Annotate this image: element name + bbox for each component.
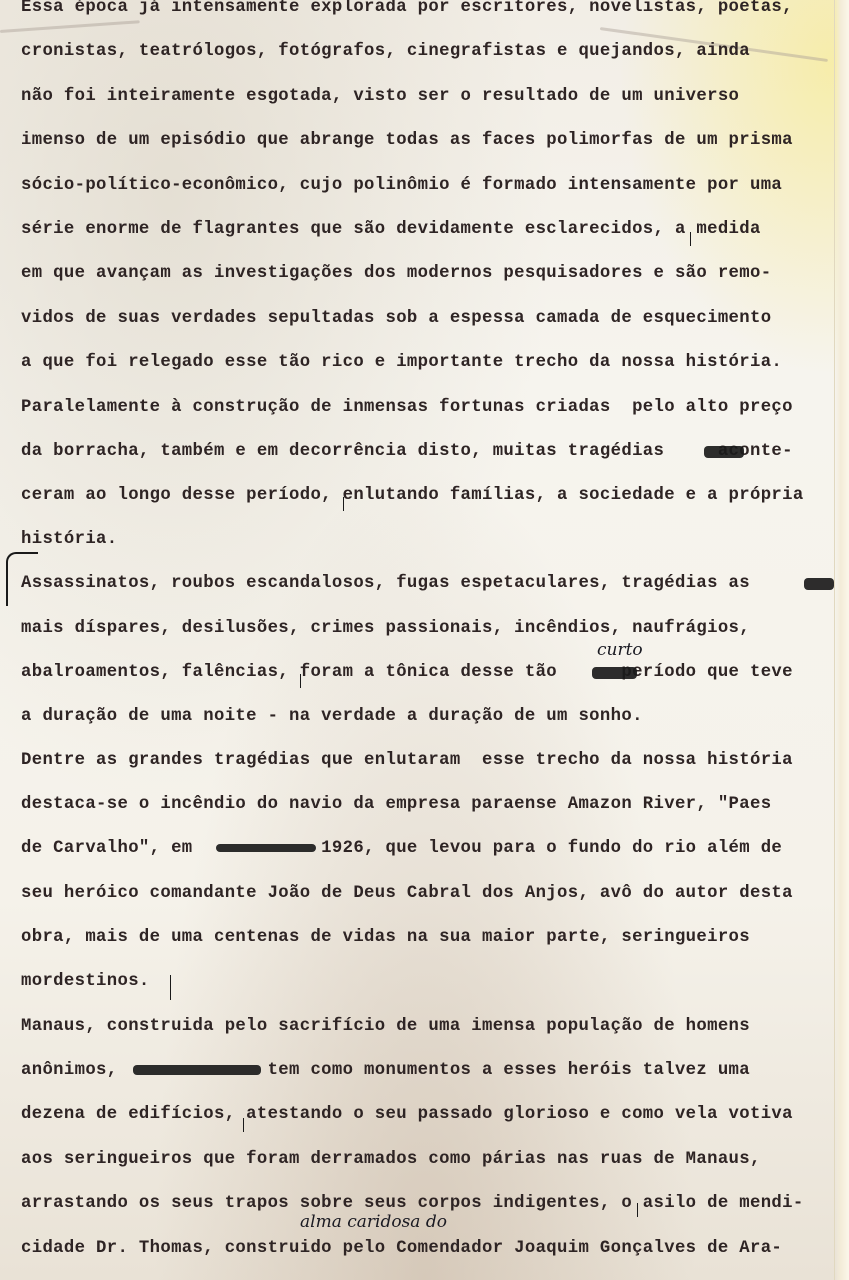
text-line: seu heróico comandante João de Deus Cabr… <box>21 884 793 904</box>
text-line: dezena de edifícios, atestando o seu pas… <box>21 1105 793 1125</box>
inked-out-word <box>704 446 744 458</box>
text-line: Manaus, construida pelo sacrifício de um… <box>21 1017 750 1037</box>
text-line: ceram ao longo desse período, enlutando … <box>21 486 804 506</box>
handwritten-insertion-alma-caridosa: alma caridosa do <box>300 1212 447 1232</box>
text-line: cidade Dr. Thomas, construido pelo Comen… <box>21 1239 782 1259</box>
inked-out-word <box>804 578 834 590</box>
inked-out-word <box>216 844 316 852</box>
inked-out-word <box>592 667 637 679</box>
text-line: arrastando os seus trapos sobre seus cor… <box>21 1194 804 1214</box>
text-line: aos seringueiros que foram derramados co… <box>21 1150 761 1170</box>
text-line: não foi inteiramente esgotada, visto ser… <box>21 87 739 107</box>
comma-insert-mark <box>690 232 691 246</box>
inked-out-word <box>133 1065 261 1075</box>
text-line: cronistas, teatrólogos, fotógrafos, cine… <box>21 42 750 62</box>
text-line: série enorme de flagrantes que são devid… <box>21 220 761 240</box>
text-line: em que avançam as investigações dos mode… <box>21 264 771 284</box>
paper-crease <box>0 20 140 33</box>
comma-insert-mark <box>637 1203 638 1217</box>
text-line: imenso de um episódio que abrange todas … <box>21 131 793 151</box>
text-line: anônimos, tem como monumentos a esses he… <box>21 1061 750 1081</box>
text-line: Assassinatos, roubos escandalosos, fugas… <box>21 574 750 594</box>
comma-insert-mark <box>243 1118 244 1132</box>
paragraph-bracket-mark <box>6 552 38 606</box>
text-line: Paralelamente à construção de inmensas f… <box>21 398 793 418</box>
handwritten-correction-curto: curto <box>597 640 643 660</box>
text-line: história. <box>21 530 117 550</box>
scanned-typewritten-page: Essa época já intensamente explorada por… <box>0 0 849 1280</box>
comma-insert-mark <box>300 674 301 688</box>
text-line: Dentre as grandes tragédias que enlutara… <box>21 751 793 771</box>
text-line: Essa época já intensamente explorada por… <box>21 0 793 18</box>
paper-right-edge <box>834 0 849 1280</box>
text-line: da borracha, também e em decorrência dis… <box>21 442 793 462</box>
paragraph-end-mark <box>170 975 171 1000</box>
text-line: mais díspares, desilusões, crimes passio… <box>21 619 750 639</box>
text-line: abalroamentos, falências, foram a tônica… <box>21 663 793 683</box>
text-line: mordestinos. <box>21 972 150 992</box>
text-line: sócio-político-econômico, cujo polinômio… <box>21 176 782 196</box>
text-line: destaca-se o incêndio do navio da empres… <box>21 795 771 815</box>
text-line: obra, mais de uma centenas de vidas na s… <box>21 928 750 948</box>
text-line: de Carvalho", em 1926, que levou para o … <box>21 839 782 859</box>
text-line: a duração de uma noite - na verdade a du… <box>21 707 643 727</box>
text-line: a que foi relegado esse tão rico e impor… <box>21 353 782 373</box>
text-line: vidos de suas verdades sepultadas sob a … <box>21 309 771 329</box>
comma-insert-mark <box>343 497 344 511</box>
